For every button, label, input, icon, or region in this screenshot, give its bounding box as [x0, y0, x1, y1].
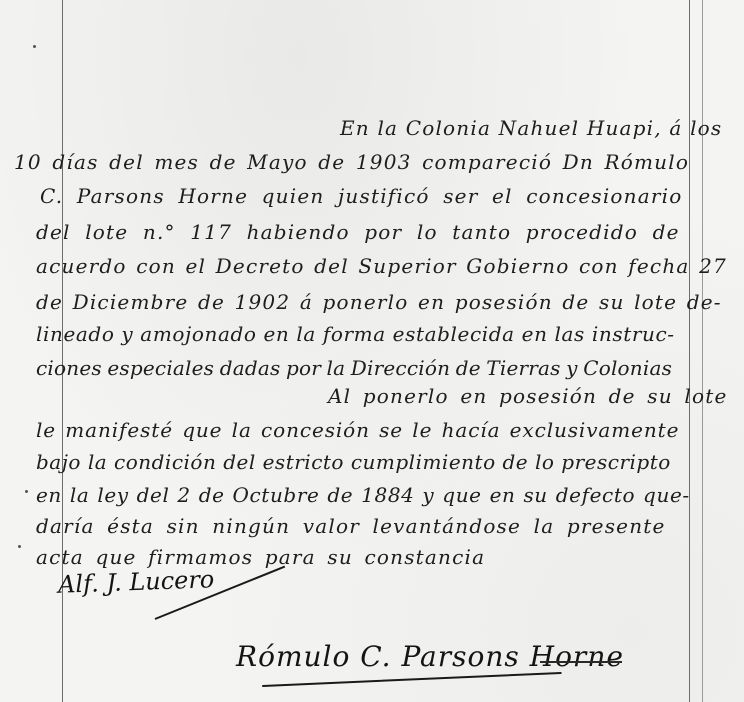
- text-line-3: C. Parsons Horne quien justificó ser el …: [40, 186, 682, 206]
- text-line-11: bajo la condición del estricto cumplimie…: [36, 452, 671, 472]
- signature-strike-underline: [540, 661, 622, 663]
- text-line-5: acuerdo con el Decreto del Superior Gobi…: [36, 256, 727, 276]
- grantee-signature-underline: [262, 672, 562, 687]
- ink-speck: [18, 545, 21, 548]
- text-line-4: del lote n.° 117 habiendo por lo tanto p…: [36, 222, 680, 242]
- right-margin-rule-outer: [702, 0, 703, 702]
- text-line-13: daría ésta sin ningún valor levantándose…: [36, 516, 666, 536]
- grantee-signature: Rómulo C. Parsons Horne: [236, 640, 624, 673]
- text-line-9: Al ponerlo en posesión de su lote: [328, 386, 727, 406]
- text-line-12: en la ley del 2 de Octubre de 1884 y que…: [36, 485, 690, 505]
- text-line-7: lineado y amojonado en la forma establec…: [36, 324, 675, 344]
- right-margin-rule: [689, 0, 690, 702]
- ink-speck: [25, 490, 28, 493]
- text-line-2: 10 días del mes de Mayo de 1903 comparec…: [14, 152, 689, 172]
- text-line-6: de Diciembre de 1902 á ponerlo en posesi…: [36, 292, 722, 312]
- ink-speck: [33, 45, 36, 48]
- witness-signature: Alf. J. Lucero: [58, 565, 215, 598]
- text-line-8: ciones especiales dadas por la Dirección…: [36, 358, 672, 378]
- text-line-14: acta que firmamos para su constancia: [36, 547, 485, 567]
- document-page: En la Colonia Nahuel Huapi, á los 10 día…: [0, 0, 744, 702]
- text-line-10: le manifesté que la concesión se le hací…: [36, 420, 679, 440]
- text-line-1: En la Colonia Nahuel Huapi, á los: [340, 118, 722, 138]
